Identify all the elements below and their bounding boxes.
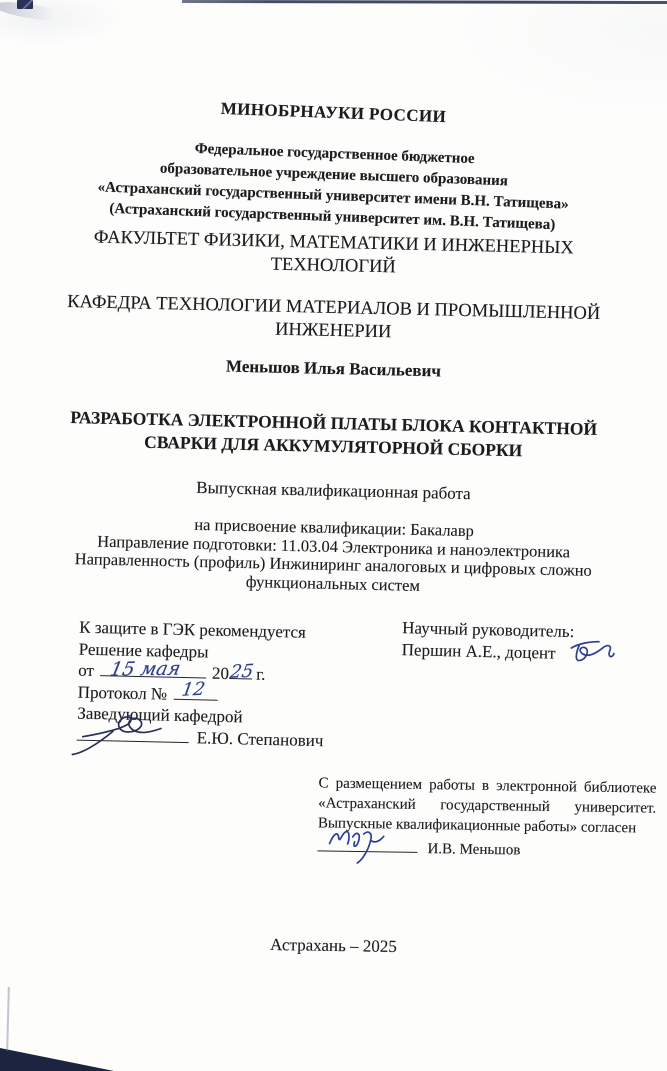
consent-name: И.В. Меньшов — [427, 841, 520, 858]
protocol-label: Протокол № — [78, 682, 168, 703]
scan-corner-mark — [17, 0, 33, 9]
consent-signature-line — [317, 835, 417, 853]
defense-block: К защите в ГЭК рекомендуется Решение каф… — [77, 617, 380, 753]
author-name: Меньшов Илья Васильевич — [0, 351, 667, 386]
handwritten-date: 15 мая — [108, 658, 182, 680]
date-blank-line: 15 мая — [100, 660, 206, 678]
date-prefix: от — [78, 661, 94, 680]
advisor-block: Научный руководитель: Першин А.Е., доцен… — [402, 617, 653, 666]
advisor-name: Першин А.Е., доцент — [402, 640, 556, 662]
advisor-signature-icon — [564, 632, 617, 672]
scan-left-edge-line — [6, 987, 10, 1051]
handwritten-year: 25 — [228, 660, 254, 683]
scan-bottom-left-shadow — [0, 1048, 114, 1071]
page-background: МИНОБРНАУКИ РОССИИ Федеральное государст… — [0, 0, 667, 1071]
year-prefix: 20 — [212, 664, 229, 683]
department-text: КАФЕДРА ТЕХНОЛОГИИ МАТЕРИАЛОВ И ПРОМЫШЛЕ… — [63, 291, 604, 349]
head-signature-line — [77, 724, 189, 743]
city-year: Астрахань – 2025 — [0, 931, 667, 961]
thesis-title: РАЗРАБОТКА ЭЛЕКТРОННОЙ ПЛАТЫ БЛОКА КОНТА… — [0, 404, 667, 465]
handwritten-protocol-number: 12 — [180, 679, 206, 702]
scan-top-edge-shadow — [182, 0, 667, 4]
ministry-heading: МИНОБРНАУКИ РОССИИ — [0, 91, 667, 135]
consent-sign-line: И.В. Меньшов — [317, 835, 655, 862]
library-consent-block: С размещением работы в электронной библи… — [317, 773, 656, 862]
year-blank-line: 25 — [229, 663, 252, 680]
scanned-title-page: { "document": { "ministry": "МИНОБРНАУКИ… — [0, 0, 667, 1071]
protocol-blank-line: 12 — [174, 683, 218, 700]
work-type: Выпускная квалификационная работа — [0, 473, 667, 508]
thesis-title-text: РАЗРАБОТКА ЭЛЕКТРОННОЙ ПЛАТЫ БЛОКА КОНТА… — [43, 405, 624, 464]
university-block: Федеральное государственное бюджетное об… — [0, 132, 667, 240]
qualification-block: на присвоение квалификации: Бакалавр Нап… — [0, 511, 667, 600]
year-suffix: г. — [256, 665, 266, 684]
library-consent-text: С размещением работы в электронной библи… — [318, 773, 657, 838]
department-head-name: Е.Ю. Степанович — [197, 728, 324, 750]
advisor-sign-line: Першин А.Е., доцент — [402, 639, 652, 666]
department-heading: КАФЕДРА ТЕХНОЛОГИИ МАТЕРИАЛОВ И ПРОМЫШЛЕ… — [0, 289, 667, 350]
